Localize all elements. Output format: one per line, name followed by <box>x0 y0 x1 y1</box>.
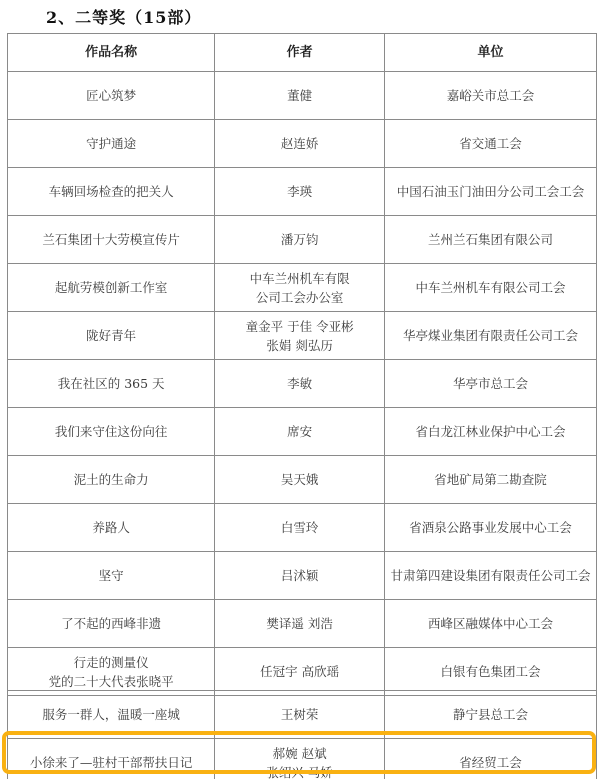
table-row: 陇好青年童金平 于佳 令亚彬 张娟 剡弘历华亭煤业集团有限责任公司工会 <box>8 312 597 360</box>
cell-title: 我们来守住这份向往 <box>8 408 215 456</box>
table-row: 服务一群人，温暖一座城王树荣静宁县总工会 <box>8 691 597 739</box>
cell-author: 王树荣 <box>215 691 385 739</box>
cell-unit: 省白龙江林业保护中心工会 <box>384 408 596 456</box>
table-row: 守护通途赵连娇省交通工会 <box>8 120 597 168</box>
cell-title: 兰石集团十大劳模宣传片 <box>8 216 215 264</box>
cell-unit: 省酒泉公路事业发展中心工会 <box>384 504 596 552</box>
document-page: 2、二等奖（15部） 作品名称 作者 单位 匠心筑梦董健嘉峪关市总工会守护通途赵… <box>0 0 605 779</box>
cell-author: 席安 <box>215 408 385 456</box>
cell-unit: 中国石油玉门油田分公司工会工会 <box>384 168 596 216</box>
cell-unit: 兰州兰石集团有限公司 <box>384 216 596 264</box>
table-row: 我们来守住这份向往席安省白龙江林业保护中心工会 <box>8 408 597 456</box>
cell-unit: 白银有色集团工会 <box>384 648 596 696</box>
table-row: 兰石集团十大劳模宣传片潘万钧兰州兰石集团有限公司 <box>8 216 597 264</box>
cell-author: 樊译遥 刘浩 <box>215 600 385 648</box>
section-title: 2、二等奖（15部） <box>46 5 201 28</box>
table-row: 养路人白雪玲省酒泉公路事业发展中心工会 <box>8 504 597 552</box>
cell-title: 起航劳模创新工作室 <box>8 264 215 312</box>
cell-author: 吕沭颖 <box>215 552 385 600</box>
header-work-title: 作品名称 <box>8 34 215 72</box>
cell-title: 坚守 <box>8 552 215 600</box>
cell-author: 吴天娥 <box>215 456 385 504</box>
cell-unit: 华亭煤业集团有限责任公司工会 <box>384 312 596 360</box>
cell-unit: 省交通工会 <box>384 120 596 168</box>
cell-title: 小徐来了—驻村干部帮扶日记 <box>8 739 215 779</box>
cell-title: 守护通途 <box>8 120 215 168</box>
cell-title: 了不起的西峰非遗 <box>8 600 215 648</box>
cell-unit: 西峰区融媒体中心工会 <box>384 600 596 648</box>
cell-unit: 嘉峪关市总工会 <box>384 72 596 120</box>
table-row: 我在社区的 365 天李敏华亭市总工会 <box>8 360 597 408</box>
cell-author: 董健 <box>215 72 385 120</box>
header-author: 作者 <box>215 34 385 72</box>
cell-author: 潘万钧 <box>215 216 385 264</box>
awards-table-continued: 服务一群人，温暖一座城王树荣静宁县总工会小徐来了—驻村干部帮扶日记郝婉 赵斌 张… <box>7 690 597 779</box>
cell-unit: 省地矿局第二勘查院 <box>384 456 596 504</box>
table-row: 起航劳模创新工作室中车兰州机车有限 公司工会办公室中车兰州机车有限公司工会 <box>8 264 597 312</box>
table-row: 车辆回场检查的把关人李瑛中国石油玉门油田分公司工会工会 <box>8 168 597 216</box>
table-row: 了不起的西峰非遗樊译遥 刘浩西峰区融媒体中心工会 <box>8 600 597 648</box>
cell-title: 我在社区的 365 天 <box>8 360 215 408</box>
cell-unit: 甘肃第四建设集团有限责任公司工会 <box>384 552 596 600</box>
cell-author: 中车兰州机车有限 公司工会办公室 <box>215 264 385 312</box>
header-unit: 单位 <box>384 34 596 72</box>
cell-unit: 华亭市总工会 <box>384 360 596 408</box>
cell-author: 童金平 于佳 令亚彬 张娟 剡弘历 <box>215 312 385 360</box>
cell-author: 李瑛 <box>215 168 385 216</box>
cell-title: 陇好青年 <box>8 312 215 360</box>
cell-author: 赵连娇 <box>215 120 385 168</box>
cell-title: 匠心筑梦 <box>8 72 215 120</box>
cell-author: 郝婉 赵斌 张绍兴 马娇 <box>215 739 385 779</box>
cell-title: 车辆回场检查的把关人 <box>8 168 215 216</box>
table-row: 匠心筑梦董健嘉峪关市总工会 <box>8 72 597 120</box>
table-row: 泥土的生命力吴天娥省地矿局第二勘查院 <box>8 456 597 504</box>
table-row: 小徐来了—驻村干部帮扶日记郝婉 赵斌 张绍兴 马娇省经贸工会 <box>8 739 597 779</box>
cell-unit: 静宁县总工会 <box>384 691 596 739</box>
cell-unit: 中车兰州机车有限公司工会 <box>384 264 596 312</box>
table-row: 坚守吕沭颖甘肃第四建设集团有限责任公司工会 <box>8 552 597 600</box>
cell-title: 服务一群人，温暖一座城 <box>8 691 215 739</box>
cell-unit: 省经贸工会 <box>384 739 596 779</box>
table-header-row: 作品名称 作者 单位 <box>8 34 597 72</box>
cell-author: 任冠宇 高欣瑶 <box>215 648 385 696</box>
cell-title: 行走的测量仪 党的二十大代表张晓平 <box>8 648 215 696</box>
cell-title: 养路人 <box>8 504 215 552</box>
cell-title: 泥土的生命力 <box>8 456 215 504</box>
table-row: 行走的测量仪 党的二十大代表张晓平任冠宇 高欣瑶白银有色集团工会 <box>8 648 597 696</box>
cell-author: 李敏 <box>215 360 385 408</box>
awards-table-main: 作品名称 作者 单位 匠心筑梦董健嘉峪关市总工会守护通途赵连娇省交通工会车辆回场… <box>7 33 597 696</box>
cell-author: 白雪玲 <box>215 504 385 552</box>
